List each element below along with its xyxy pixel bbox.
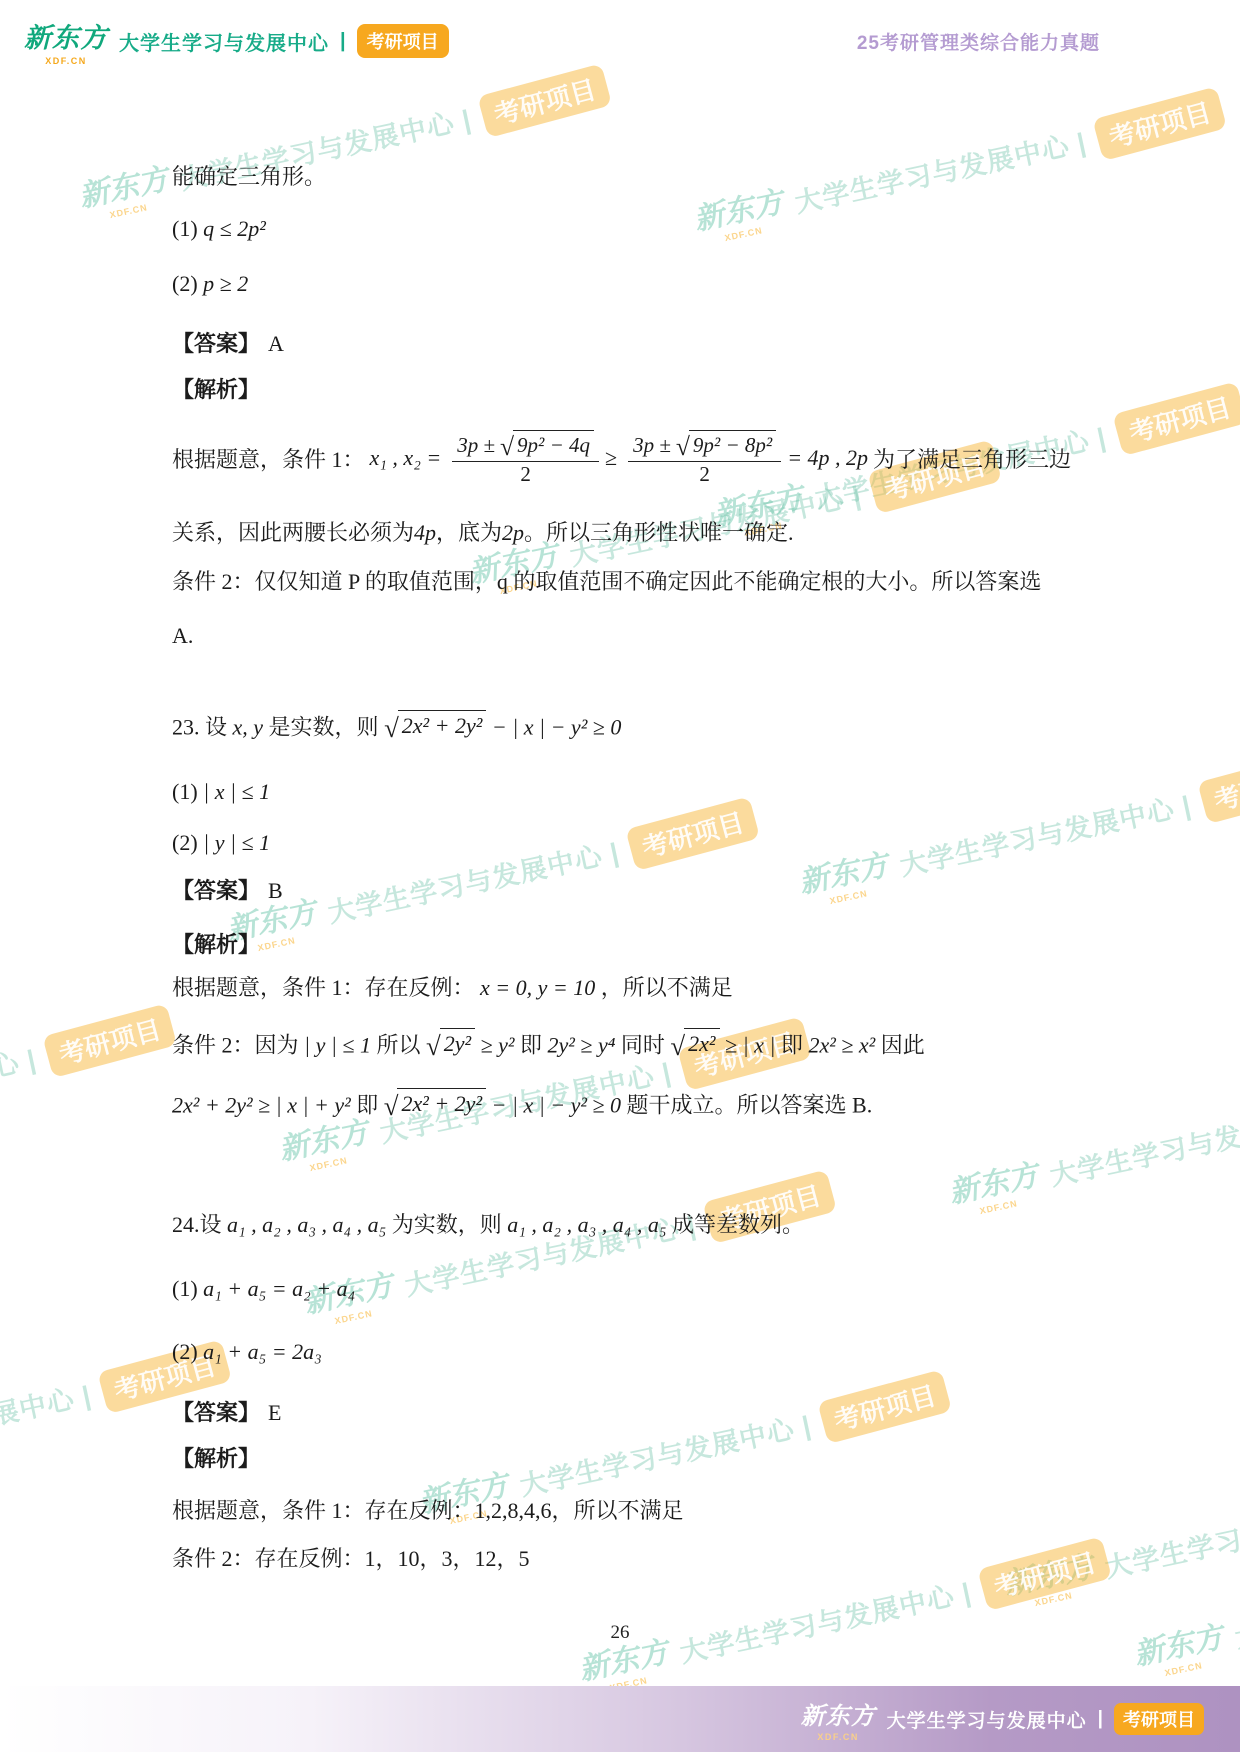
diagonal-watermark: 新东方XDF.CN 大学生学习与发展中心 | 考研项目 — [574, 1534, 1113, 1699]
header-divider: | — [340, 30, 346, 53]
q24-condition-2: (2) a₁ + a₅ = 2a₃ — [172, 1339, 322, 1365]
xdf-logo-footer: 新东方 XDF.CN — [801, 1696, 876, 1742]
q24-analysis-label: 【解析】 — [172, 1442, 260, 1473]
q22-intro-line: (1)能确定三角形。 — [172, 160, 326, 191]
diagonal-watermark: 新东方XDF.CN 大学生学习与发展中心 | 考研项目 — [0, 1001, 178, 1166]
sqrt-radical: √2y² — [426, 1028, 475, 1057]
q23-analysis-line-1: 根据题意，条件 1：存在反例： x = 0, y = 10 ，所以不满足 — [172, 971, 733, 1002]
xdf-logo-url: XDF.CN — [817, 1732, 859, 1742]
watermark-kaoyan-badge: 考研项目 — [477, 63, 612, 138]
diagonal-watermark: 新东方XDF.CN 大学生学习与发展中心 | 考研项目 — [999, 1449, 1240, 1614]
q22-analysis-line-3: 条件 2：仅仅知道 P 的取值范围，q 的取值范围不确定因此不能确定根的大小。所… — [172, 565, 1041, 596]
q22-condition-2: (2) p ≥ 2 — [172, 271, 248, 297]
q22-analysis-formula-line: 根据题意，条件 1： x₁ , x₂ = 3p ±√9p² − 4q 2 ≥ 3… — [172, 420, 1076, 496]
q22-analysis-line-4: A. — [172, 623, 193, 649]
sqrt-radical: √9p² − 8p² — [676, 430, 776, 458]
sqrt-radical: √2x² — [670, 1028, 719, 1057]
watermark-text: 大学生学习与发展中心 | — [676, 1570, 975, 1670]
watermark-kaoyan-badge: 考研项目 — [977, 1536, 1112, 1611]
watermark-text: 大学生学习与发展中心 | — [1101, 1485, 1240, 1585]
sqrt-radical: √2x² + 2y² — [384, 1088, 486, 1117]
q22-analysis-line-2: 关系，因此两腰长必须为4p，底为2p。所以三角形性状唯一确定. — [172, 516, 794, 547]
diagonal-watermark: 新东方XDF.CN 大学生学习与发展中心 | 考研项目 — [222, 794, 761, 959]
xdf-logo-watermark: 新东方XDF.CN — [689, 177, 788, 249]
q22-analysis-label: 【解析】 — [172, 373, 260, 404]
q22-answer-line: 【答案】A — [172, 327, 284, 358]
xdf-logo-watermark: 新东方XDF.CN — [74, 154, 173, 226]
q23-analysis-line-2: 条件 2：因为 | y | ≤ 1 所以 √2y² ≥ y² 即 2y² ≥ y… — [172, 1028, 925, 1060]
watermark-text: 大学生学习与发展中心 | — [516, 1403, 815, 1503]
sqrt-radical: √9p² − 4q — [500, 430, 594, 458]
header-right-title: 25考研管理类综合能力真题 — [857, 28, 1100, 55]
watermark-text: 大学生学习与发展中心 | — [324, 830, 623, 930]
q23-condition-1: (1) | x | ≤ 1 — [172, 779, 270, 805]
diagonal-watermark: 新东方XDF.CN 大学生学习与发展中心 | 考研项目 — [944, 1057, 1240, 1222]
footer-kaoyan-badge: 考研项目 — [1114, 1703, 1204, 1735]
q24-condition-1: (1) a₁ + a₅ = a₂ + a₄ — [172, 1276, 355, 1302]
page-footer: 新东方 XDF.CN 大学生学习与发展中心 | 考研项目 — [0, 1686, 1240, 1752]
watermark-text: 大学生学习与发展中心 | — [791, 120, 1090, 220]
q23-answer-line: 【答案】B — [172, 874, 283, 905]
watermark-kaoyan-badge: 考研项目 — [1112, 381, 1240, 456]
watermark-text: 大学生学习与发展中心 | — [1046, 1093, 1240, 1193]
header-kaoyan-badge: 考研项目 — [357, 24, 449, 58]
q23-analysis-line-3: 2x² + 2y² ≥ | x | + y² 即 √2x² + 2y² − | … — [172, 1088, 872, 1120]
q24-analysis-line-2: 条件 2：存在反例：1，10，3，12，5 — [172, 1542, 530, 1573]
page-header: 新东方 XDF.CN 大学生学习与发展中心 | 考研项目 25考研管理类综合能力… — [24, 16, 1240, 66]
diagonal-watermark: 新东方XDF.CN 大学生学习与发展中心 | 考研项目 — [74, 61, 613, 226]
diagonal-watermark: 新东方XDF.CN 大学生学习与发展中心 | 考研项目 — [1129, 1519, 1240, 1684]
diagonal-watermark: 新东方XDF.CN 大学生学习与发展中心 | 考研项目 — [794, 747, 1240, 912]
xdf-logo-watermark: 新东方XDF.CN — [944, 1150, 1043, 1222]
q22-condition-1: (1) q ≤ 2p² — [172, 216, 266, 242]
document-page: 新东方 XDF.CN 大学生学习与发展中心 | 考研项目 25考研管理类综合能力… — [0, 0, 1240, 1752]
sqrt-radical: √2x² + 2y² — [384, 710, 486, 739]
header-center-text: 大学生学习与发展中心 — [119, 27, 329, 56]
xdf-logo-text: 新东方 — [801, 1696, 876, 1731]
watermark-kaoyan-badge: 考研项目 — [817, 1369, 952, 1444]
q23-analysis-label: 【解析】 — [172, 928, 260, 959]
xdf-logo: 新东方 XDF.CN — [24, 16, 108, 66]
xdf-logo-text: 新东方 — [24, 16, 108, 55]
watermark-text: 大学生学习与发展中心 | — [0, 1037, 39, 1137]
watermark-kaoyan-badge: 考研项目 — [1197, 749, 1240, 824]
watermark-kaoyan-badge: 考研项目 — [42, 1003, 177, 1078]
footer-divider: | — [1098, 1708, 1103, 1730]
diagonal-watermark: 新东方XDF.CN 大学生学习与发展中心 | 考研项目 — [689, 84, 1228, 249]
q23-stem-line: 23. 设 x, y 是实数，则 √2x² + 2y² − | x | − y²… — [172, 710, 621, 742]
q24-answer-line: 【答案】E — [172, 1396, 281, 1427]
page-number: 26 — [0, 1622, 1240, 1644]
q23-condition-2: (2) | y | ≤ 1 — [172, 830, 270, 856]
q24-stem-line: 24.设 a₁ , a₂ , a₃ , a₄ , a₅ 为实数，则 a₁ , a… — [172, 1208, 804, 1239]
xdf-logo-watermark: 新东方XDF.CN — [794, 840, 893, 912]
xdf-logo-url: XDF.CN — [45, 56, 87, 66]
q24-analysis-line-1: 根据题意，条件 1：存在反例：1,2,8,4,6，所以不满足 — [172, 1494, 684, 1525]
watermark-text: 大学生学习与发展中心 | — [896, 783, 1195, 883]
watermark-kaoyan-badge: 考研项目 — [1092, 86, 1227, 161]
footer-center-text: 大学生学习与发展中心 — [887, 1706, 1087, 1733]
fraction: 3p ±√9p² − 8p² 2 — [628, 430, 781, 487]
diagonal-watermark: 新东方XDF.CN 大学生学习与发展中心 | 考研项目 — [299, 1167, 838, 1332]
fraction: 3p ±√9p² − 4q 2 — [452, 430, 599, 487]
watermark-kaoyan-badge: 考研项目 — [625, 796, 760, 871]
watermark-text: 大学生学习与发展中心 | — [0, 1373, 94, 1473]
xdf-logo-watermark: 新东方XDF.CN — [999, 1542, 1098, 1614]
